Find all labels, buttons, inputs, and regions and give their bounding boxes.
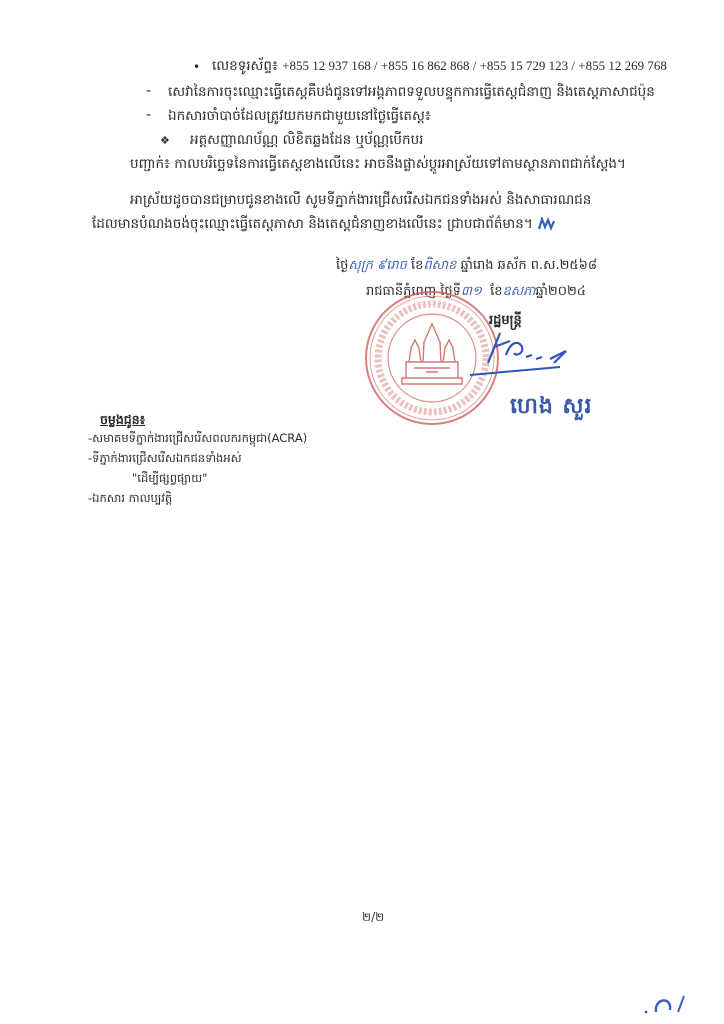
handwritten-signature [470, 325, 580, 380]
cc-title: ចម្លងជូន៖ [100, 412, 145, 431]
cc-item: -ទីភ្នាក់ងារជ្រើសរើសឯកជនទាំងអស់ [88, 451, 242, 468]
cc-item: -សមាគមទីភ្នាក់ងារជ្រើសរើសពលករកម្ពុជា(ACR… [88, 431, 307, 448]
phone-numbers: +855 12 937 168 / +855 16 862 868 / +855… [282, 58, 667, 73]
phone-label: លេខទូរស័ព្ទ៖ [212, 58, 278, 74]
sub-list-item: អត្តសញ្ញាណប័ណ្ណ លិខិតឆ្លងដែន ឬប័ណ្ណបើកបរ [190, 130, 423, 150]
cc-item: "ដើម្បីផ្សព្វផ្សាយ" [132, 471, 207, 488]
closing-line-1: អាស្រ័យដូចបានជម្រាបជូនខាងលើ សូមទីភ្នាក់ង… [130, 190, 591, 210]
lunar-prefix: ថ្ងៃ [336, 258, 348, 273]
lunar-month-handwritten: ពិសាខ [423, 258, 456, 273]
closing-text: ដែលមានបំណងចង់ចុះឈ្មោះធ្វើតេស្តភាសា និងតេ… [92, 216, 533, 232]
corner-handwritten-mark [642, 990, 692, 1021]
cc-item: -ឯកសារ កាលប្បវត្តិ [88, 491, 172, 508]
signatory-name: ហេង សួរ [510, 392, 592, 424]
page-number: ២/២ [362, 909, 384, 927]
month-handwritten: ឧសភា [503, 284, 536, 299]
lunar-suffix: ឆ្នាំរោង ឆស័ក ព.ស.២៥៦៨ [461, 258, 598, 273]
lunar-day-handwritten: សុក្រ ៩រោច [348, 258, 406, 273]
lunar-date: ថ្ងៃសុក្រ ៩រោច ខែពិសាខ ឆ្នាំរោង ឆស័ក ព.ស… [336, 256, 597, 276]
list-item: ឯកសារចាំបាច់ដែលត្រូវយកមកជាមួយនៅថ្ងៃធ្វើត… [168, 106, 431, 126]
initial-mark [537, 216, 555, 232]
closing-line-2: ដែលមានបំណងចង់ចុះឈ្មោះធ្វើតេស្តភាសា និងតេ… [92, 214, 555, 234]
dash-icon: - [146, 107, 151, 123]
note-text: បញ្ជាក់៖ កាលបរិច្ឆេទនៃការធ្វើតេស្តខាងលើន… [130, 154, 626, 174]
dash-icon: - [146, 83, 151, 99]
bullet-icon: • [193, 60, 200, 74]
lunar-month-prefix: ខែ [411, 258, 423, 273]
diamond-bullet-icon: ❖ [160, 134, 170, 147]
year-text: ឆ្នាំ២០២៤ [536, 284, 586, 299]
list-item: សេវានៃការចុះឈ្មោះធ្វើតេស្តគឺបង់ជូនទៅអង្គ… [168, 82, 655, 102]
phone-line: លេខទូរស័ព្ទ៖ +855 12 937 168 / +855 16 8… [212, 56, 667, 76]
